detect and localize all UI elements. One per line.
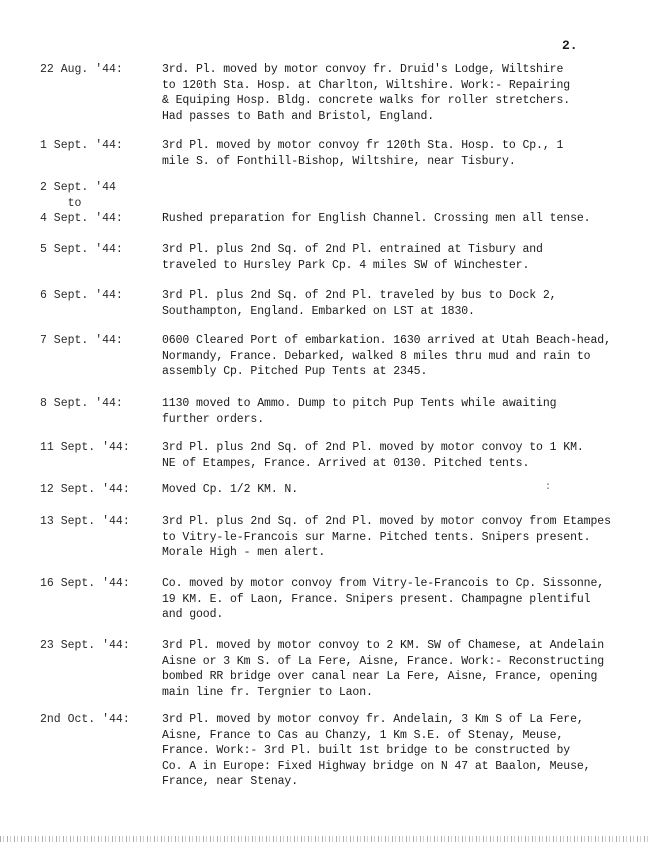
entry-line: to Vitry-le-Francois sur Marne. Pitched … [162, 530, 617, 546]
entry-line: main line fr. Tergnier to Laon. [162, 685, 617, 701]
entry-line: assembly Cp. Pitched Pup Tents at 2345. [162, 364, 617, 380]
entry-line: Aisne, France to Cas au Chanzy, 1 Km S.E… [162, 728, 617, 744]
entry-date: 5 Sept. '44: [40, 242, 150, 258]
entry-text: 3rd. Pl. moved by motor convoy fr. Druid… [162, 62, 617, 124]
entry-line [162, 196, 617, 212]
entry-date: 13 Sept. '44: [40, 514, 150, 530]
entry-date: 7 Sept. '44: [40, 333, 150, 349]
entry-date: 16 Sept. '44: [40, 576, 150, 592]
entry-date: 6 Sept. '44: [40, 288, 150, 304]
entry-text: 3rd Pl. plus 2nd Sq. of 2nd Pl. entraine… [162, 242, 617, 273]
entry-text: Co. moved by motor convoy from Vitry-le-… [162, 576, 617, 623]
entry-text: Rushed preparation for English Channel. … [162, 180, 617, 227]
entry-line: Rushed preparation for English Channel. … [162, 211, 617, 227]
entry-date: 11 Sept. '44: [40, 440, 150, 456]
entry-line: 19 KM. E. of Laon, France. Snipers prese… [162, 592, 617, 608]
entry-line: to 120th Sta. Hosp. at Charlton, Wiltshi… [162, 78, 617, 94]
entry-text: 3rd Pl. plus 2nd Sq. of 2nd Pl. moved by… [162, 514, 617, 561]
entry-line: 3rd Pl. plus 2nd Sq. of 2nd Pl. moved by… [162, 514, 617, 530]
entry-line: 3rd. Pl. moved by motor convoy fr. Druid… [162, 62, 617, 78]
stray-mark: : [545, 482, 551, 493]
entry-line: France, near Stenay. [162, 774, 617, 790]
entry-line: France. Work:- 3rd Pl. built 1st bridge … [162, 743, 617, 759]
entry-date: 2 Sept. '44 to 4 Sept. '44: [40, 180, 150, 227]
entry-line: Co. moved by motor convoy from Vitry-le-… [162, 576, 617, 592]
entry-line: Southampton, England. Embarked on LST at… [162, 304, 617, 320]
entry-line: Had passes to Bath and Bristol, England. [162, 109, 617, 125]
entry-line: bombed RR bridge over canal near La Fere… [162, 669, 617, 685]
entry-date: 1 Sept. '44: [40, 138, 150, 154]
document-page: 2. 22 Aug. '44:3rd. Pl. moved by motor c… [0, 0, 650, 848]
entry-line: Aisne or 3 Km S. of La Fere, Aisne, Fran… [162, 654, 617, 670]
entry-line: Co. A in Europe: Fixed Highway bridge on… [162, 759, 617, 775]
entry-line: Normandy, France. Debarked, walked 8 mil… [162, 349, 617, 365]
entry-text: 3rd Pl. plus 2nd Sq. of 2nd Pl. traveled… [162, 288, 617, 319]
entry-line: Morale High - men alert. [162, 545, 617, 561]
page-number: 2. [562, 38, 578, 53]
entry-line: traveled to Hursley Park Cp. 4 miles SW … [162, 258, 617, 274]
entry-line: 3rd Pl. plus 2nd Sq. of 2nd Pl. entraine… [162, 242, 617, 258]
entry-date: 22 Aug. '44: [40, 62, 150, 78]
entry-line: mile S. of Fonthill-Bishop, Wiltshire, n… [162, 154, 617, 170]
entry-line: 3rd Pl. plus 2nd Sq. of 2nd Pl. moved by… [162, 440, 617, 456]
entry-text: 3rd Pl. moved by motor convoy to 2 KM. S… [162, 638, 617, 700]
entry-date: 12 Sept. '44: [40, 482, 150, 498]
entry-line: 1130 moved to Ammo. Dump to pitch Pup Te… [162, 396, 617, 412]
entry-date: 23 Sept. '44: [40, 638, 150, 654]
entry-text: 3rd Pl. plus 2nd Sq. of 2nd Pl. moved by… [162, 440, 617, 471]
entry-text: 3rd Pl. moved by motor convoy fr. Andela… [162, 712, 617, 790]
entry-line [162, 180, 617, 196]
entry-date: 2nd Oct. '44: [40, 712, 150, 728]
entry-date: 8 Sept. '44: [40, 396, 150, 412]
entry-text: 1130 moved to Ammo. Dump to pitch Pup Te… [162, 396, 617, 427]
entry-text: 3rd Pl. moved by motor convoy fr 120th S… [162, 138, 617, 169]
entry-line: 3rd Pl. moved by motor convoy to 2 KM. S… [162, 638, 617, 654]
scan-edge-noise [0, 836, 650, 842]
entry-text: 0600 Cleared Port of embarkation. 1630 a… [162, 333, 617, 380]
entry-line: 3rd Pl. plus 2nd Sq. of 2nd Pl. traveled… [162, 288, 617, 304]
entry-line: 0600 Cleared Port of embarkation. 1630 a… [162, 333, 617, 349]
entry-line: 3rd Pl. moved by motor convoy fr. Andela… [162, 712, 617, 728]
entry-line: 3rd Pl. moved by motor convoy fr 120th S… [162, 138, 617, 154]
entry-line: NE of Etampes, France. Arrived at 0130. … [162, 456, 617, 472]
entry-line: and good. [162, 607, 617, 623]
entry-line: further orders. [162, 412, 617, 428]
entry-line: & Equiping Hosp. Bldg. concrete walks fo… [162, 93, 617, 109]
